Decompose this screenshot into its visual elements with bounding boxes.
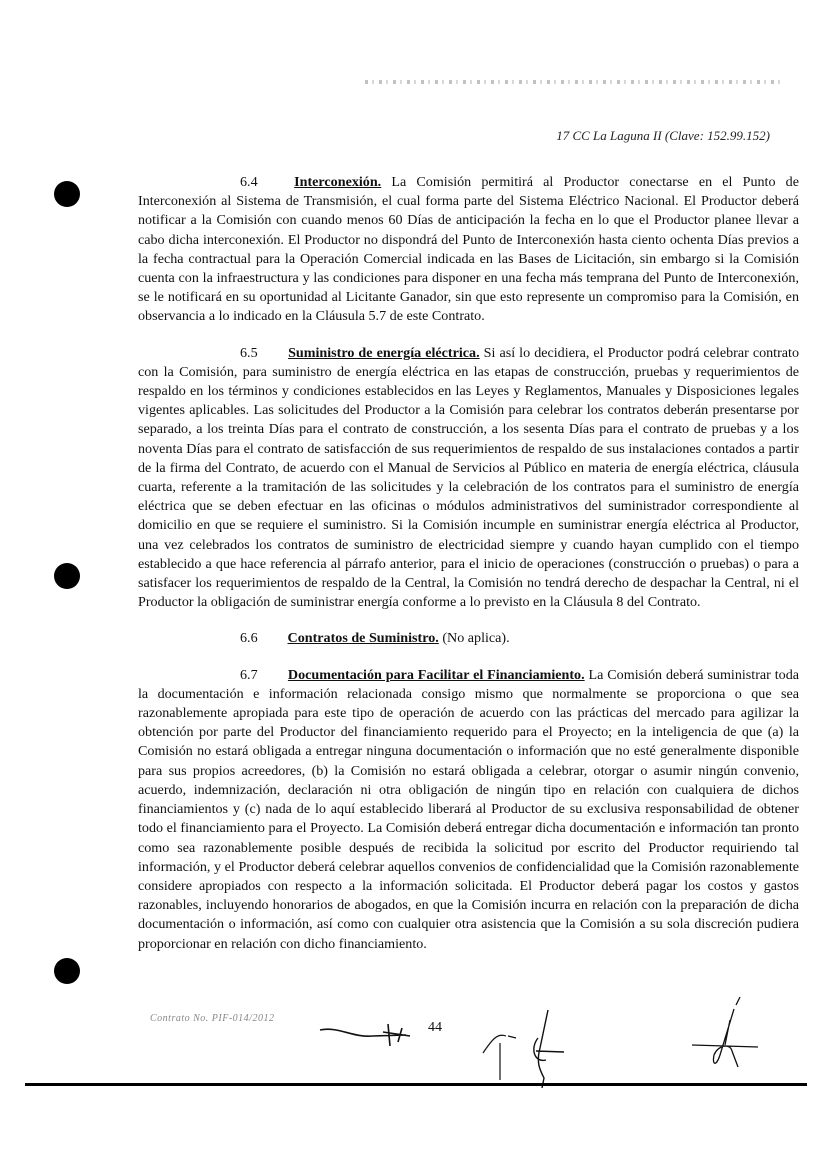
section-body: La Comisión deberá suministrar toda la d… — [138, 667, 799, 952]
section-number: 6.5 — [240, 344, 284, 363]
punch-hole-3 — [54, 958, 80, 984]
punch-hole-1 — [54, 181, 80, 207]
section-number: 6.7 — [240, 666, 284, 685]
page-number: 44 — [428, 1020, 442, 1036]
section-6-4: 6.4 Interconexión. La Comisión permitirá… — [138, 173, 799, 327]
section-body: Si así lo decidiera, el Productor podrá … — [138, 345, 799, 611]
section-title: Contratos de Suministro. — [288, 630, 439, 646]
contract-reference: Contrato No. PIF-014/2012 — [150, 1013, 274, 1024]
section-title: Documentación para Facilitar el Financia… — [288, 667, 585, 683]
signature-1 — [318, 1018, 418, 1048]
scan-artifact — [365, 80, 780, 84]
signature-3 — [690, 995, 760, 1075]
section-body: La Comisión permitirá al Productor conec… — [138, 174, 799, 324]
document-body: 6.4 Interconexión. La Comisión permitirá… — [138, 173, 799, 971]
section-number: 6.4 — [240, 173, 284, 192]
section-title: Interconexión. — [294, 174, 381, 190]
section-6-5: 6.5 Suministro de energía eléctrica. Si … — [138, 344, 799, 613]
section-number: 6.6 — [240, 629, 284, 648]
section-title: Suministro de energía eléctrica. — [288, 345, 480, 361]
section-6-7: 6.7 Documentación para Facilitar el Fina… — [138, 666, 799, 954]
header-reference: 17 CC La Laguna II (Clave: 152.99.152) — [556, 128, 770, 144]
section-6-6: 6.6 Contratos de Suministro. (No aplica)… — [138, 629, 799, 648]
punch-hole-2 — [54, 563, 80, 589]
bottom-rule — [25, 1083, 807, 1086]
section-body: (No aplica). — [442, 630, 509, 646]
signature-2 — [478, 1008, 578, 1088]
